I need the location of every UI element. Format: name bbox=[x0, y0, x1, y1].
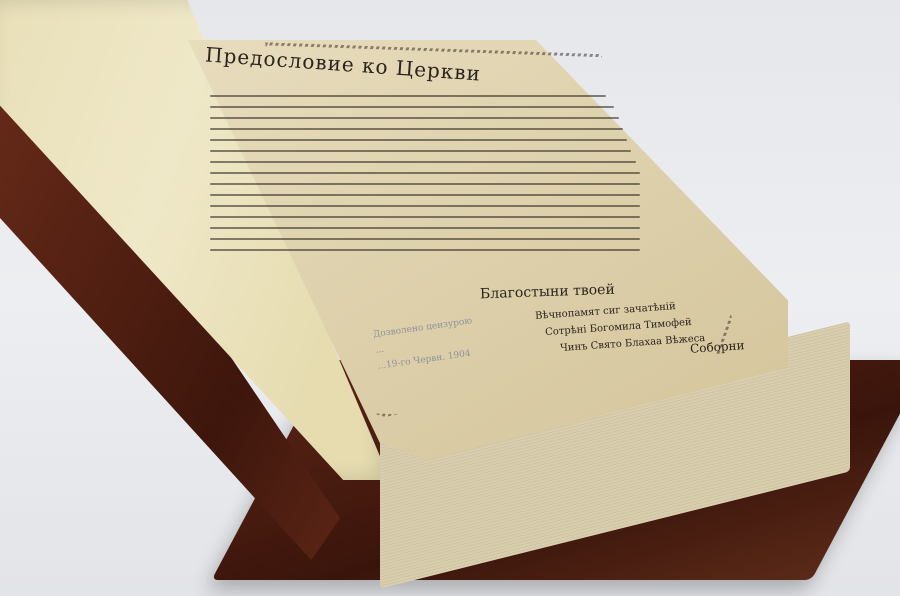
text-line bbox=[210, 249, 640, 251]
text-line bbox=[210, 139, 627, 141]
text-line bbox=[210, 227, 640, 229]
text-line bbox=[210, 95, 606, 97]
text-line bbox=[210, 172, 640, 174]
text-line bbox=[210, 183, 640, 185]
text-block bbox=[210, 86, 640, 260]
text-line bbox=[210, 238, 640, 240]
text-line bbox=[210, 128, 623, 130]
photo-scene: Предословие ко Церкви Благостыни твоей В… bbox=[0, 0, 900, 596]
text-line bbox=[210, 216, 640, 218]
text-line bbox=[210, 161, 636, 163]
text-line bbox=[210, 194, 640, 196]
text-line bbox=[210, 106, 614, 108]
text-line bbox=[210, 205, 640, 207]
text-line bbox=[210, 117, 619, 119]
text-line bbox=[210, 150, 631, 152]
